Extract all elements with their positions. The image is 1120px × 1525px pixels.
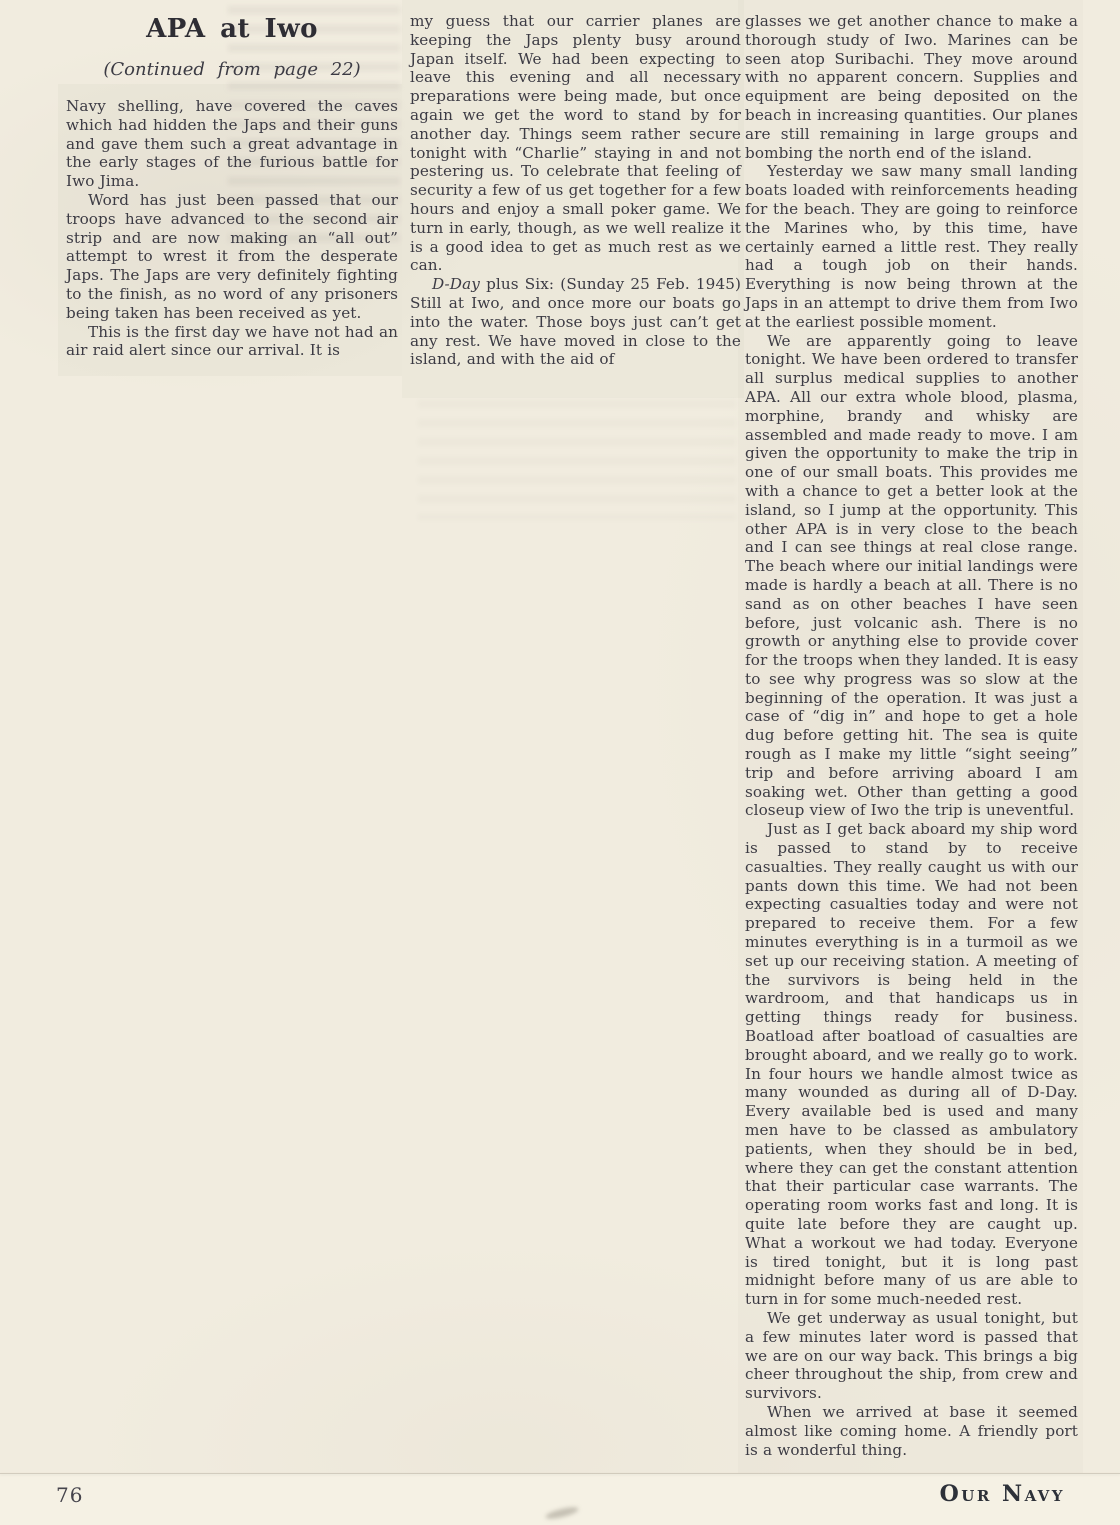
page-number: 76 <box>56 1483 83 1507</box>
article-title: APA at Iwo <box>66 14 398 44</box>
paragraph: Word has just been passed that our troop… <box>66 191 398 323</box>
bleed-through-artifact <box>418 400 736 520</box>
paragraph: Navy shelling, have covered the caves wh… <box>66 97 398 191</box>
paragraph: D-Day plus Six: (Sunday 25 Feb. 1945) St… <box>410 275 741 369</box>
article-column-3: glasses we get another chance to make a … <box>745 12 1078 1459</box>
paragraph: Just as I get back aboard my ship word i… <box>745 820 1078 1309</box>
column-1-body: Navy shelling, have covered the caves wh… <box>66 97 398 360</box>
column-2-body: my guess that our carrier planes are kee… <box>410 12 741 369</box>
paragraph: When we arrived at base it seemed almost… <box>745 1403 1078 1459</box>
paragraph: We get underway as usual tonight, but a … <box>745 1309 1078 1403</box>
article-column-1: APA at Iwo (Continued from page 22) Navy… <box>66 14 398 360</box>
paragraph: Yesterday we saw many small landing boat… <box>745 162 1078 331</box>
magazine-name: Our Navy <box>940 1481 1065 1507</box>
d-day-italic-lead: D-Day <box>432 275 480 293</box>
magazine-page: { "colors": { "paper": "#f1ecdf", "ink":… <box>0 0 1120 1525</box>
paragraph: This is the first day we have not had an… <box>66 323 398 361</box>
paragraph: my guess that our carrier planes are kee… <box>410 12 741 275</box>
scan-seam-line <box>0 1473 1120 1474</box>
column-3-body: glasses we get another chance to make a … <box>745 12 1078 1459</box>
article-column-2: my guess that our carrier planes are kee… <box>410 12 741 369</box>
paragraph: glasses we get another chance to make a … <box>745 12 1078 162</box>
paragraph: We are apparently going to leave tonight… <box>745 332 1078 821</box>
continued-from-note: (Continued from page 22) <box>66 59 398 80</box>
